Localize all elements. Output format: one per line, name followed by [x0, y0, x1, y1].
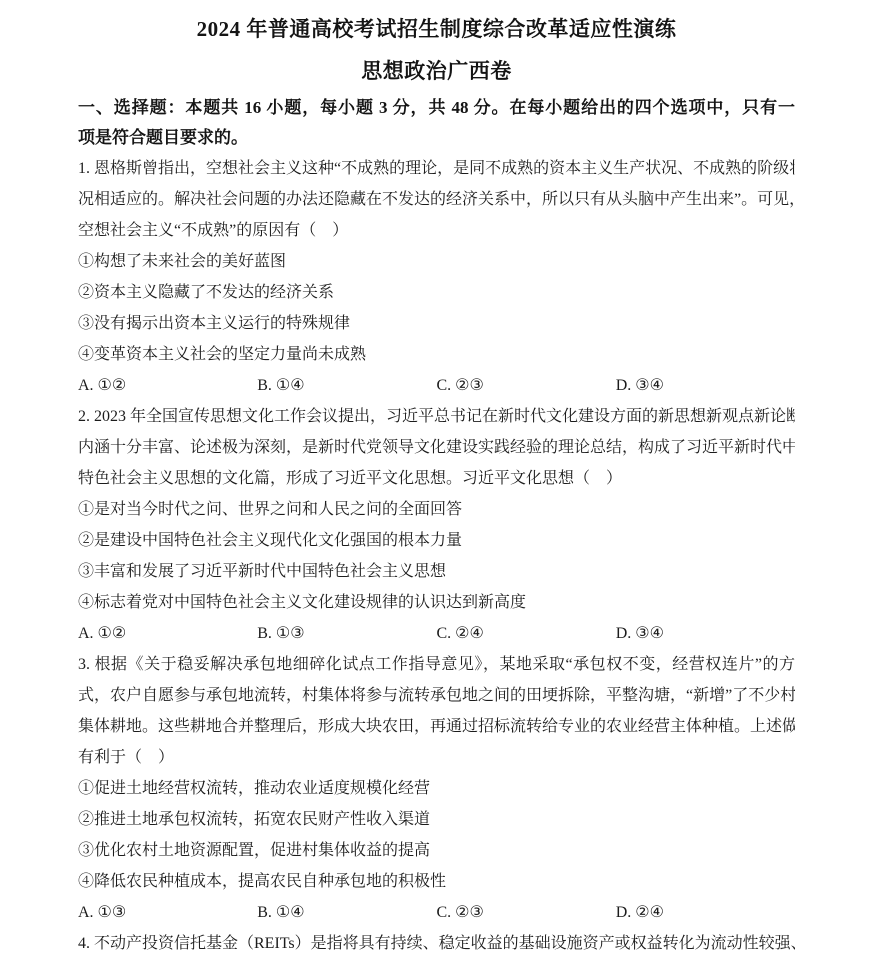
- question-3: 3. 根据《关于稳妥解决承包地细碎化试点工作指导意见》，某地采取“承包权不变，经…: [78, 649, 795, 928]
- question-1-stem: 1. 恩格斯曾指出，空想社会主义这种“不成熟的理论，是同不成熟的资本主义生产状况…: [78, 153, 795, 246]
- option-line-4: ④变革资本主义社会的坚定力量尚未成熟: [78, 339, 795, 370]
- answer-choice-b: B. ①④: [257, 897, 436, 928]
- answer-choice-c: C. ②③: [437, 897, 616, 928]
- question-2-options: ①是对当今时代之问、世界之问和人民之问的全面回答 ②是建设中国特色社会主义现代化…: [78, 494, 795, 618]
- section-instructions: 一、选择题：本题共 16 小题，每小题 3 分，共 48 分。在每小题给出的四个…: [78, 93, 795, 153]
- instruction-line: 一、选择题：本题共 16 小题，每小题 3 分，共 48 分。在每小题给出的四个…: [78, 93, 795, 123]
- stem-line: 空想社会主义“不成熟”的原因有（ ）: [78, 215, 795, 246]
- instruction-line: 项是符合题目要求的。: [78, 123, 795, 153]
- stem-line: 式，农户自愿参与承包地流转，村集体将参与流转承包地之间的田埂拆除，平整沟塘，“新…: [78, 680, 795, 711]
- answer-choice-b: B. ①④: [257, 370, 436, 401]
- page-title: 2024 年普通高校考试招生制度综合改革适应性演练: [78, 16, 795, 42]
- question-1-options: ①构想了未来社会的美好蓝图 ②资本主义隐藏了不发达的经济关系 ③没有揭示出资本主…: [78, 246, 795, 370]
- question-4-stem: 4. 不动产投资信托基金（REITs）是指将具有持续、稳定收益的基础设施资产或权…: [78, 928, 795, 959]
- option-line-4: ④标志着党对中国特色社会主义文化建设规律的认识达到新高度: [78, 587, 795, 618]
- answer-choice-a: A. ①②: [78, 618, 257, 649]
- stem-line: 况相适应的。解决社会问题的办法还隐藏在不发达的经济关系中，所以只有从头脑中产生出…: [78, 184, 795, 215]
- page-subtitle: 思想政治广西卷: [78, 58, 795, 84]
- answer-choice-b: B. ①③: [257, 618, 436, 649]
- stem-line: 集体耕地。这些耕地合并整理后，形成大块农田，再通过招标流转给专业的农业经营主体种…: [78, 711, 795, 742]
- answer-choice-d: D. ③④: [616, 618, 795, 649]
- question-2-stem: 2. 2023 年全国宣传思想文化工作会议提出，习近平总书记在新时代文化建设方面…: [78, 401, 795, 494]
- option-line-4: ④降低农民种植成本，提高农民自种承包地的积极性: [78, 866, 795, 897]
- question-2: 2. 2023 年全国宣传思想文化工作会议提出，习近平总书记在新时代文化建设方面…: [78, 401, 795, 649]
- questions-area: 1. 恩格斯曾指出，空想社会主义这种“不成熟的理论，是同不成熟的资本主义生产状况…: [78, 153, 795, 959]
- option-line-1: ①构想了未来社会的美好蓝图: [78, 246, 795, 277]
- option-line-1: ①促进土地经营权流转，推动农业适度规模化经营: [78, 773, 795, 804]
- option-line-1: ①是对当今时代之问、世界之问和人民之问的全面回答: [78, 494, 795, 525]
- answer-choice-d: D. ②④: [616, 897, 795, 928]
- stem-line: 3. 根据《关于稳妥解决承包地细碎化试点工作指导意见》，某地采取“承包权不变，经…: [78, 649, 795, 680]
- option-line-2: ②推进土地承包权流转，拓宽农民财产性收入渠道: [78, 804, 795, 835]
- option-line-3: ③优化农村土地资源配置，促进村集体收益的提高: [78, 835, 795, 866]
- answer-choice-c: C. ②③: [437, 370, 616, 401]
- option-line-3: ③没有揭示出资本主义运行的特殊规律: [78, 308, 795, 339]
- question-1: 1. 恩格斯曾指出，空想社会主义这种“不成熟的理论，是同不成熟的资本主义生产状况…: [78, 153, 795, 401]
- answer-choice-c: C. ②④: [437, 618, 616, 649]
- stem-line: 4. 不动产投资信托基金（REITs）是指将具有持续、稳定收益的基础设施资产或权…: [78, 928, 795, 959]
- stem-line: 特色社会主义思想的文化篇，形成了习近平文化思想。习近平文化思想（ ）: [78, 463, 795, 494]
- answer-choice-a: A. ①③: [78, 897, 257, 928]
- question-2-answer-row: A. ①② B. ①③ C. ②④ D. ③④: [78, 618, 795, 649]
- option-line-2: ②资本主义隐藏了不发达的经济关系: [78, 277, 795, 308]
- option-line-2: ②是建设中国特色社会主义现代化文化强国的根本力量: [78, 525, 795, 556]
- question-3-answer-row: A. ①③ B. ①④ C. ②③ D. ②④: [78, 897, 795, 928]
- question-3-stem: 3. 根据《关于稳妥解决承包地细碎化试点工作指导意见》，某地采取“承包权不变，经…: [78, 649, 795, 773]
- question-3-options: ①促进土地经营权流转，推动农业适度规模化经营 ②推进土地承包权流转，拓宽农民财产…: [78, 773, 795, 897]
- question-4-partial: 4. 不动产投资信托基金（REITs）是指将具有持续、稳定收益的基础设施资产或权…: [78, 928, 795, 959]
- stem-line: 1. 恩格斯曾指出，空想社会主义这种“不成熟的理论，是同不成熟的资本主义生产状况…: [78, 153, 795, 184]
- stem-line: 内涵十分丰富、论述极为深刻，是新时代党领导文化建设实践经验的理论总结，构成了习近…: [78, 432, 795, 463]
- question-1-answer-row: A. ①② B. ①④ C. ②③ D. ③④: [78, 370, 795, 401]
- option-line-3: ③丰富和发展了习近平新时代中国特色社会主义思想: [78, 556, 795, 587]
- answer-choice-d: D. ③④: [616, 370, 795, 401]
- exam-paper-page: 2024 年普通高校考试招生制度综合改革适应性演练 思想政治广西卷 一、选择题：…: [0, 0, 872, 977]
- answer-choice-a: A. ①②: [78, 370, 257, 401]
- stem-line: 有利于（ ）: [78, 742, 795, 773]
- stem-line: 2. 2023 年全国宣传思想文化工作会议提出，习近平总书记在新时代文化建设方面…: [78, 401, 795, 432]
